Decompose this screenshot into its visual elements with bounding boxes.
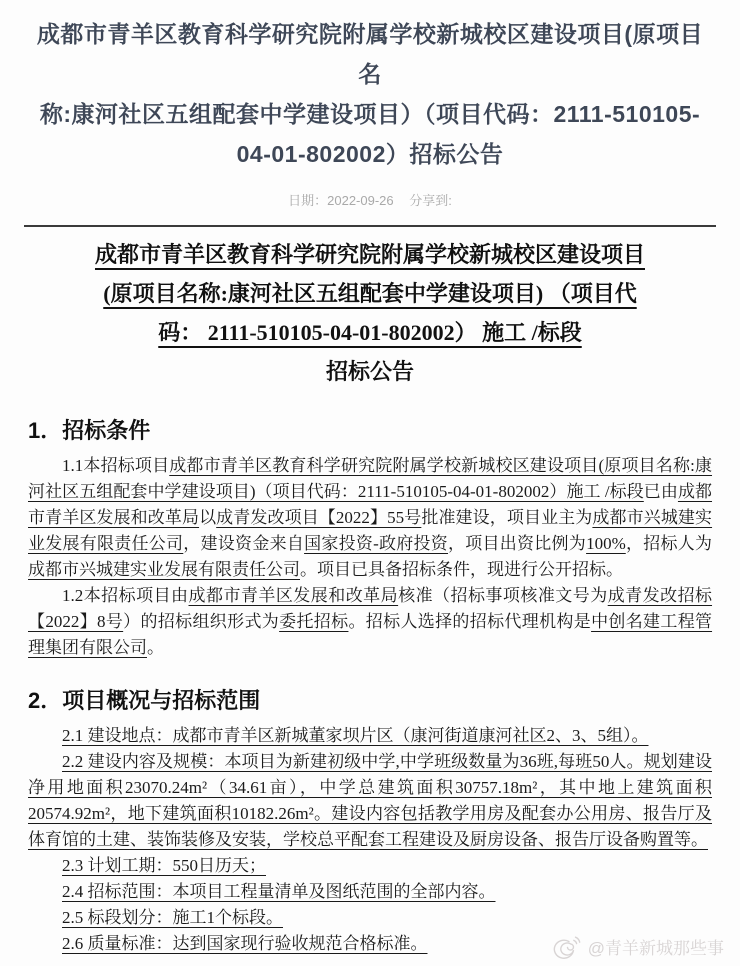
page-title-line: 成都市青羊区教育科学研究院附属学校新城校区建设项目(原项目名 bbox=[26, 14, 714, 94]
underlined-text: 国家投资-政府投资 bbox=[304, 534, 448, 553]
page-title-line: 04-01-802002）招标公告 bbox=[26, 134, 714, 174]
page: 成都市青羊区教育科学研究院附属学校新城校区建设项目(原项目名 称:康河社区五组配… bbox=[0, 0, 740, 966]
underlined-text: 成都市兴城建实业发展有限责任公司 bbox=[28, 560, 300, 579]
text-run: 以 bbox=[199, 508, 216, 527]
text-run: ，项目出资比例为 bbox=[448, 534, 586, 553]
meta-row: 日期：2022-09-26 分享到: bbox=[0, 190, 740, 209]
date-text: 日期：2022-09-26 bbox=[288, 193, 394, 208]
text-run: 核准（招标事项核准文号为 bbox=[398, 586, 608, 605]
spiral-logo-icon bbox=[553, 933, 583, 960]
underlined-text: 2.3 计划工期：550日历天； bbox=[62, 856, 266, 875]
watermark: @青羊新城那些事 bbox=[553, 933, 724, 960]
document-body: 1．招标条件1.1本招标项目成都市青羊区教育科学研究院附属学校新城校区建设项目(… bbox=[0, 417, 740, 957]
paragraph: 1.1本招标项目成都市青羊区教育科学研究院附属学校新城校区建设项目(原项目名称:… bbox=[28, 453, 712, 583]
share-link[interactable]: 分享到: bbox=[409, 193, 452, 208]
underlined-text: 2.4 招标范围：本项目工程量清单及图纸范围的全部内容。 bbox=[62, 882, 496, 901]
paragraph: 2.4 招标范围：本项目工程量清单及图纸范围的全部内容。 bbox=[28, 879, 712, 905]
text-run: 已由 bbox=[644, 482, 678, 501]
paragraph: 2.5 标段划分：施工1个标段。 bbox=[28, 905, 712, 931]
document-title-line: 成都市青羊区教育科学研究院附属学校新城校区建设项目 bbox=[40, 235, 700, 274]
text-run: 1.2本招标项目由 bbox=[62, 586, 189, 605]
section-heading: 1．招标条件 bbox=[28, 417, 712, 445]
watermark-text: @青羊新城那些事 bbox=[588, 934, 724, 959]
document-title-line: 码： 2111-510105-04-01-802002） 施工 /标段 bbox=[40, 313, 700, 352]
underlined-text: 2.2 建设内容及规模：本项目为新建初级中学,中学班级数量为36班,每班50人。… bbox=[28, 752, 712, 849]
paragraph: 1.2本招标项目由成都市青羊区发展和改革局核准（招标事项核准文号为成青发改招标【… bbox=[28, 583, 712, 661]
document: 成都市青羊区教育科学研究院附属学校新城校区建设项目 (原项目名称:康河社区五组配… bbox=[0, 235, 740, 957]
document-title: 成都市青羊区教育科学研究院附属学校新城校区建设项目 (原项目名称:康河社区五组配… bbox=[40, 235, 700, 391]
paragraph: 2.2 建设内容及规模：本项目为新建初级中学,中学班级数量为36班,每班50人。… bbox=[28, 749, 712, 853]
underlined-text: 成都市青羊区发展和改革局 bbox=[189, 586, 399, 605]
underlined-text: 成青发改项目【2022】55号 bbox=[216, 508, 421, 527]
page-title-line: 称:康河社区五组配套中学建设项目）（项目代码：2111-510105- bbox=[26, 94, 714, 134]
paragraph: 2.1 建设地点：成都市青羊区新城董家坝片区（康河街道康河社区2、3、5组）。 bbox=[28, 723, 712, 749]
text-run: 批准建设，项目业主为 bbox=[421, 508, 592, 527]
text-run: 1.1本招标项目 bbox=[62, 456, 169, 475]
text-run: ，建设资金来自 bbox=[183, 534, 304, 553]
section-heading: 2．项目概况与招标范围 bbox=[28, 687, 712, 715]
paragraph: 2.3 计划工期：550日历天； bbox=[28, 853, 712, 879]
underlined-text: 2.1 建设地点：成都市青羊区新城董家坝片区（康河街道康河社区2、3、5组）。 bbox=[62, 726, 649, 745]
underlined-text: 100% bbox=[586, 534, 626, 553]
text-run: ）的招标组织形式为 bbox=[123, 612, 279, 631]
text-run: 。项目已具备招标条件，现进行公开招标。 bbox=[300, 560, 623, 579]
text-run: ，招标人为 bbox=[626, 534, 712, 553]
underlined-text: 2.6 质量标准：达到国家现行验收规范合格标准。 bbox=[62, 934, 428, 953]
divider bbox=[24, 225, 716, 227]
page-title: 成都市青羊区教育科学研究院附属学校新城校区建设项目(原项目名 称:康河社区五组配… bbox=[0, 0, 740, 174]
document-title-sub: 招标公告 bbox=[40, 352, 700, 391]
text-run: 。 bbox=[147, 638, 164, 657]
text-run: 。招标人选择的招标代理机构是 bbox=[348, 612, 591, 631]
underlined-text: 委托招标 bbox=[279, 612, 348, 631]
document-title-line: (原项目名称:康河社区五组配套中学建设项目) （项目代 bbox=[40, 274, 700, 313]
underlined-text: 2.5 标段划分：施工1个标段。 bbox=[62, 908, 283, 927]
